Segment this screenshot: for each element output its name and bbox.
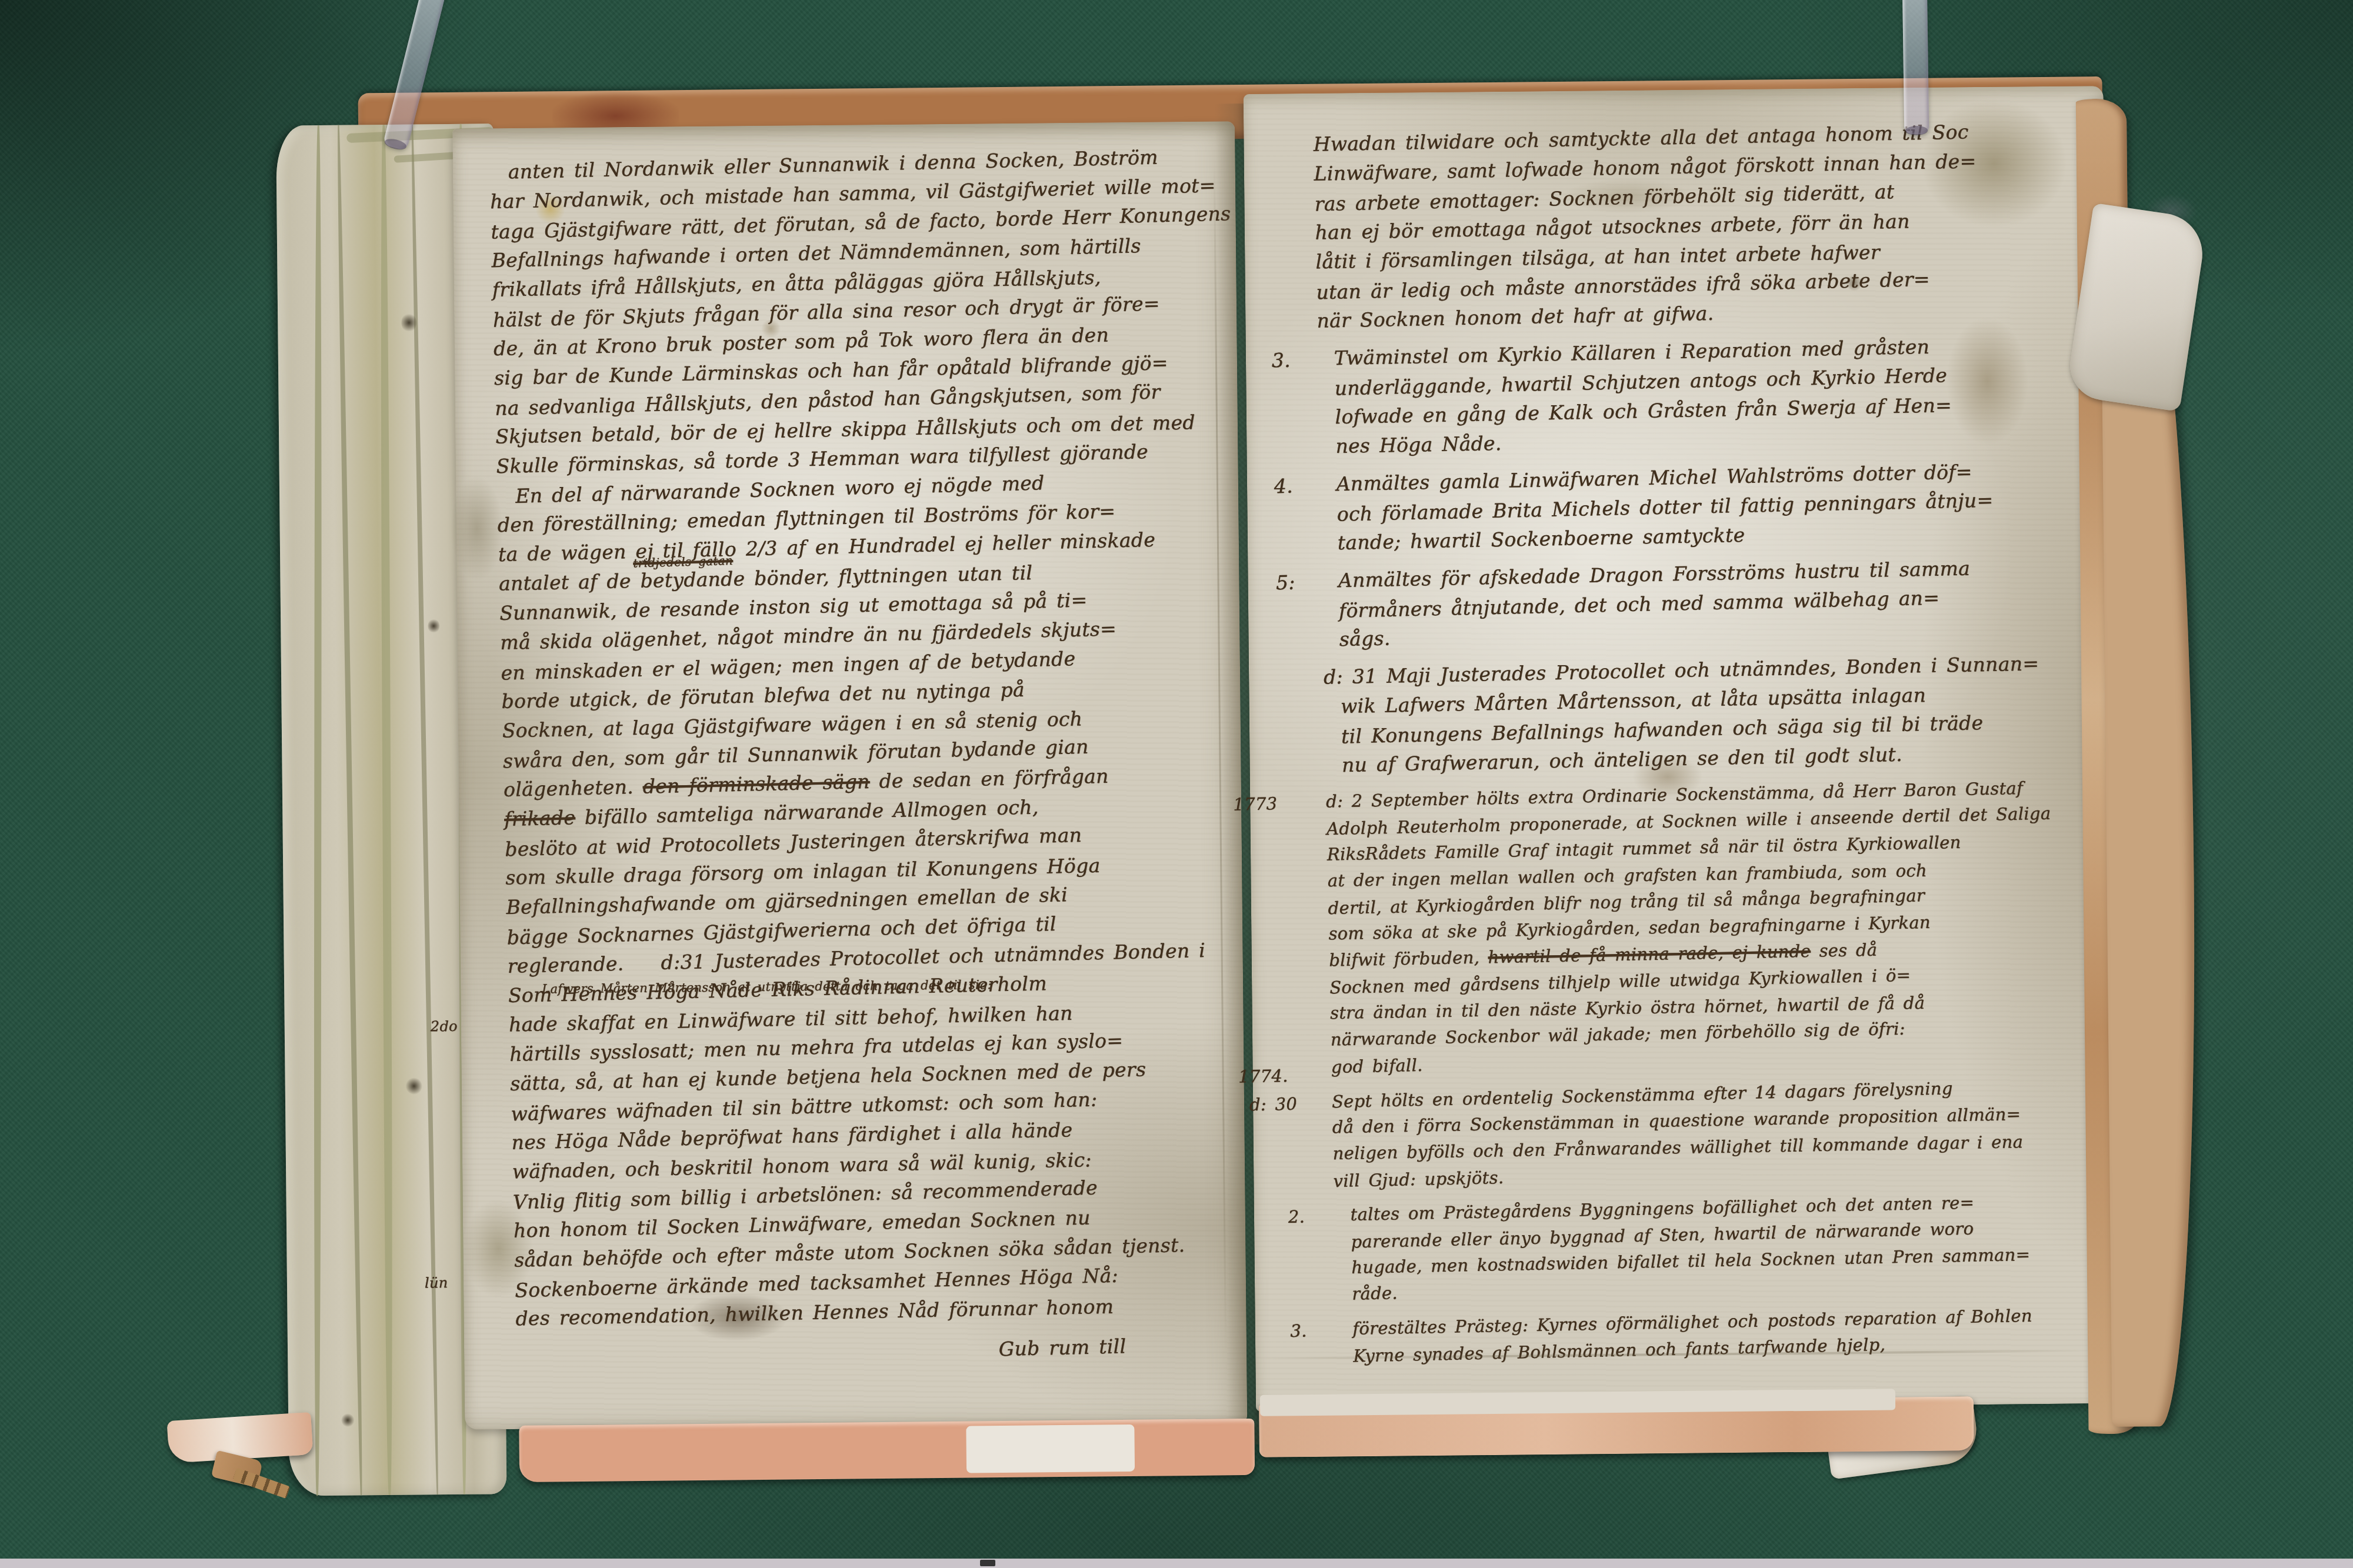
ink-spot xyxy=(341,1413,354,1427)
ink-spot xyxy=(428,618,439,633)
left-page-text: anten til Nordanwik eller Sunnanwik i de… xyxy=(489,141,1271,1375)
margin-label: 4. xyxy=(1274,472,1293,502)
struck-text: frikade xyxy=(504,806,576,830)
manuscript-paragraph: 1773d: 2 September hölts extra Ordinarie… xyxy=(1326,774,2102,1080)
manuscript-paragraph: d: 31 Maji Justerades Protocollet och ut… xyxy=(1324,648,2097,780)
manuscript-paragraph: 2.taltes om Prästegårdens Byggningens bo… xyxy=(1334,1187,2106,1307)
manuscript-paragraph: 3.Twäminstel om Kyrkio Källaren i Repara… xyxy=(1317,329,2090,462)
bottom-edge-white-patch xyxy=(966,1424,1135,1473)
manuscript-photo: anten til Nordanwik eller Sunnanwik i de… xyxy=(0,0,2353,1568)
margin-label: 5: xyxy=(1276,568,1296,598)
manuscript-paragraph: 1774.d: 30Sept hölts en ordentelig Socke… xyxy=(1331,1073,2104,1193)
ink-spot xyxy=(401,313,416,333)
left-page: anten til Nordanwik eller Sunnanwik i de… xyxy=(452,121,1247,1430)
manuscript-paragraph: 3.förestältes Prästeg: Kyrnes oförmäligh… xyxy=(1336,1301,2107,1369)
margin-label: 2. xyxy=(1288,1203,1305,1230)
margin-label: 1774. xyxy=(1238,1063,1288,1090)
stain xyxy=(450,475,504,582)
manuscript-paragraph: 5:Anmältes för afskedade Dragon Forsströ… xyxy=(1321,552,2094,655)
interlinear-strikethrough-note: tridjedels gatan xyxy=(633,553,733,571)
margin-label: 3. xyxy=(1271,346,1291,376)
right-page: Hwadan tilwidare och samtyckte alla det … xyxy=(1244,86,2116,1412)
manuscript-paragraph: 4.Anmältes gamla Linwäfwaren Michel Wahl… xyxy=(1319,455,2092,558)
catchword: Gub rum till xyxy=(516,1329,1271,1375)
margin-date-label: d: 30 xyxy=(1249,1091,1298,1119)
leaf-edge-line xyxy=(336,125,364,1496)
open-manuscript-book: anten til Nordanwik eller Sunnanwik i de… xyxy=(276,73,2219,1509)
struck-word: tridjedels gatan xyxy=(633,553,733,571)
manuscript-paragraph: Hwadan tilwidare och samtyckte alla det … xyxy=(1313,115,2087,336)
left-textblock-bottom-edge xyxy=(519,1419,1255,1482)
leaf-edge-line xyxy=(314,125,322,1496)
margin-note-lun: lün xyxy=(425,1275,448,1291)
struck-text: den förminskade sägn xyxy=(642,770,870,798)
table-edge-strip xyxy=(0,1559,2353,1568)
leaf-edge-line xyxy=(379,125,394,1495)
ink-spot xyxy=(406,1077,422,1095)
table-edge-notch xyxy=(980,1560,995,1566)
right-page-text: Hwadan tilwidare och samtyckte alla det … xyxy=(1313,115,2107,1377)
struck-text: hwartil de få minna rade, ej kunde xyxy=(1488,941,1811,968)
right-book-strap xyxy=(1902,0,1929,134)
margin-label: 3. xyxy=(1290,1317,1307,1345)
margin-note-2do: 2do xyxy=(431,1018,458,1035)
margin-label: 1773 xyxy=(1233,790,1278,818)
